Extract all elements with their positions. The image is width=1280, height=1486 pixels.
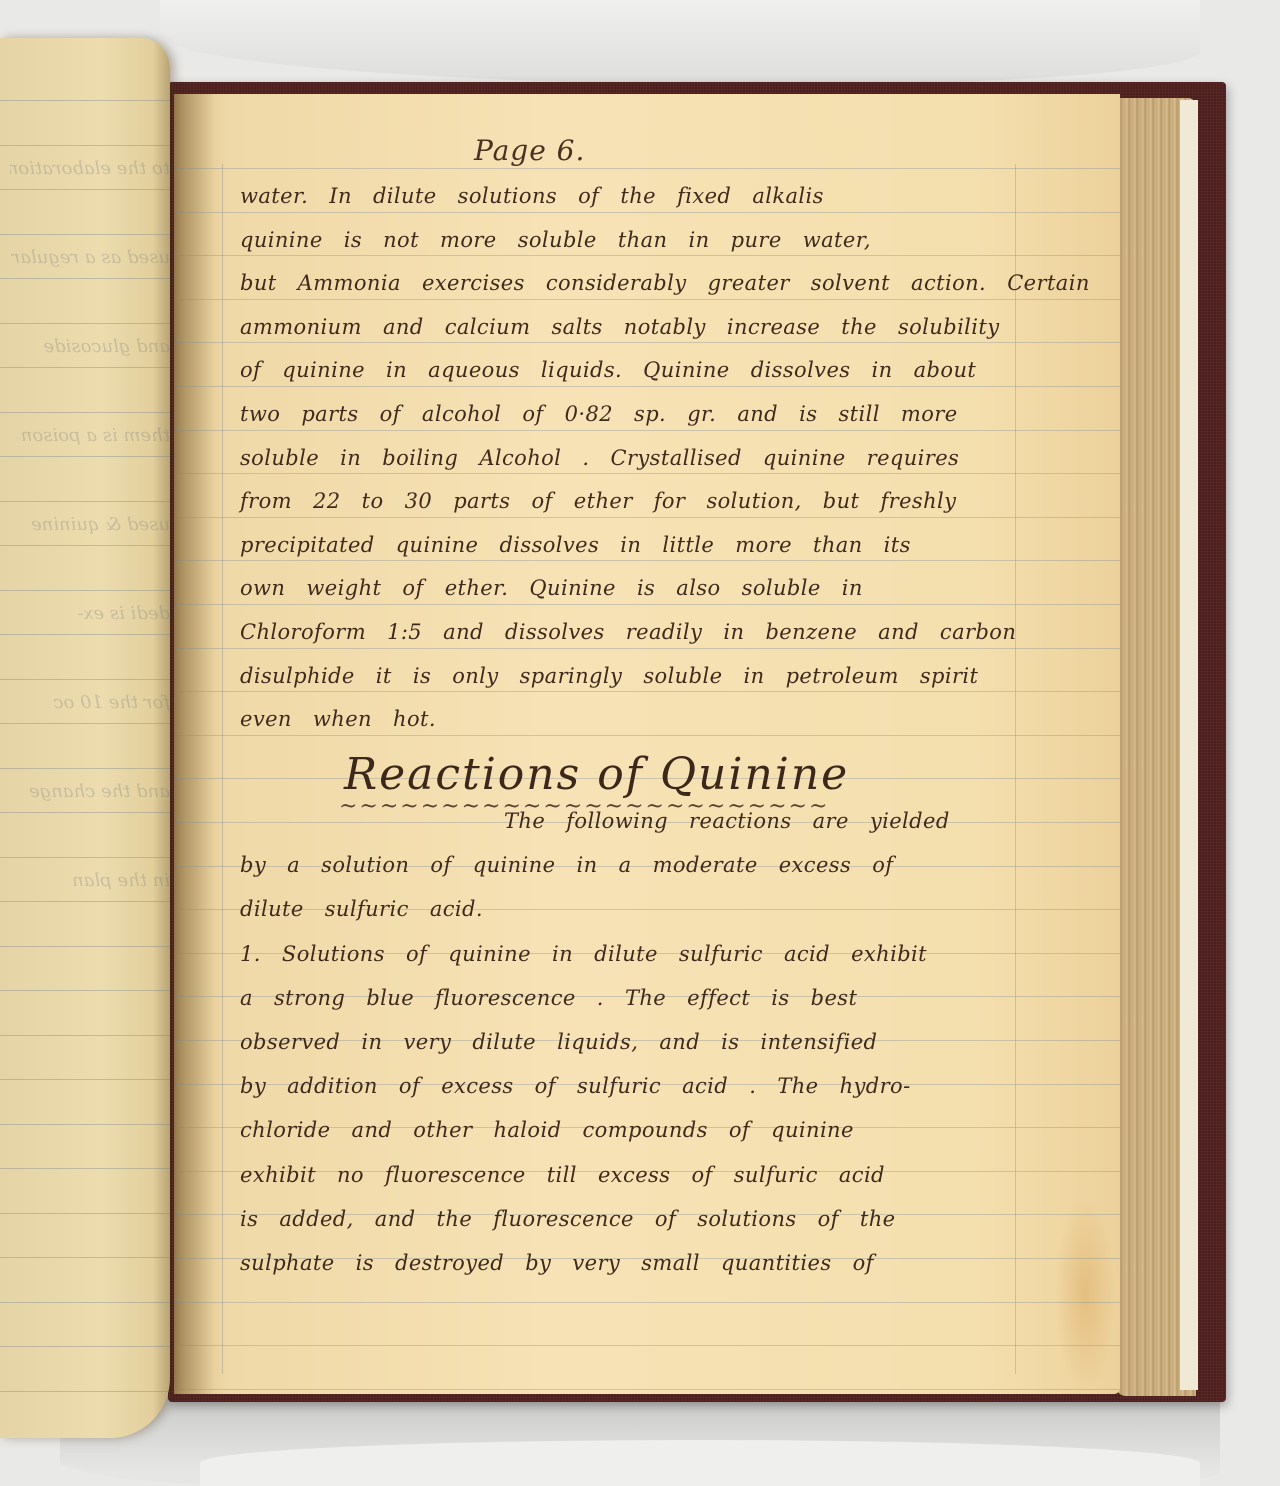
left-ruled-line (0, 723, 170, 724)
ruled-line (174, 342, 1120, 343)
bleed-through-line: for the 10 oc (10, 692, 170, 713)
ruled-line (174, 560, 1120, 561)
ruled-line (174, 212, 1120, 213)
ruled-line (174, 430, 1120, 431)
left-ruled-line (0, 768, 170, 769)
left-ruled-line (0, 1168, 170, 1169)
text-line: ammonium and calcium salts notably incre… (240, 315, 1030, 339)
left-ruled-line (0, 857, 170, 858)
bleed-through-line: them is a poison (10, 425, 170, 446)
ruled-line (174, 299, 1120, 300)
left-ruled-line (0, 1035, 170, 1036)
left-ruled-line (0, 901, 170, 902)
bleed-through-line: to the elaboration (10, 158, 170, 179)
left-ruled-line (0, 812, 170, 813)
section-heading: Reactions of Quinine (344, 749, 849, 800)
left-ruled-line (0, 501, 170, 502)
ruled-line (174, 1302, 1120, 1303)
left-ruled-line (0, 634, 170, 635)
text-line: observed in very dilute liquids, and is … (240, 1030, 1030, 1054)
left-ruled-line (0, 1302, 170, 1303)
bleed-through-line: in the plan (10, 870, 170, 891)
ruled-line (174, 1345, 1120, 1346)
ruled-line (174, 1389, 1120, 1390)
left-ruled-line (0, 1391, 170, 1392)
left-ruled-line (0, 1346, 170, 1347)
text-line: disulphide it is only sparingly soluble … (240, 664, 1030, 688)
paper-stain (1055, 1194, 1115, 1394)
text-line: water. In dilute solutions of the fixed … (240, 184, 1030, 208)
left-margin-line (222, 164, 223, 1374)
ruled-line (174, 648, 1120, 649)
left-ruled-line (0, 278, 170, 279)
ruled-line (174, 604, 1120, 605)
text-line: of quinine in aqueous liquids. Quinine d… (240, 358, 1030, 382)
text-line: soluble in boiling Alcohol . Crystallise… (240, 446, 1030, 470)
ruled-line (174, 168, 1120, 169)
text-line: 1. Solutions of quinine in dilute sulfur… (240, 942, 1030, 966)
gutter-shadow (174, 94, 214, 1394)
left-ruled-line (0, 100, 170, 101)
left-ruled-line (0, 1257, 170, 1258)
text-line: The following reactions are yielded (504, 809, 1120, 833)
ruled-line (174, 255, 1120, 256)
text-line: from 22 to 30 parts of ether for solutio… (240, 489, 1030, 513)
bleed-through-line: and the change (10, 781, 170, 802)
background-light-bottom (200, 1440, 1200, 1486)
left-ruled-line (0, 590, 170, 591)
right-page: Page 6. water. In dilute solutions of th… (174, 94, 1120, 1394)
left-page-curled: to the elaborationused as a regularand g… (0, 38, 170, 1438)
bleed-through-line: used & quinine (10, 514, 170, 535)
left-ruled-line (0, 189, 170, 190)
ruled-line (174, 386, 1120, 387)
text-line: but Ammonia exercises considerably great… (240, 271, 1030, 295)
bleed-through-line: and glucoside (10, 336, 170, 357)
left-ruled-line (0, 234, 170, 235)
ruled-line (174, 517, 1120, 518)
left-ruled-line (0, 1079, 170, 1080)
text-line: by a solution of quinine in a moderate e… (240, 853, 1030, 877)
right-margin-line (1015, 164, 1016, 1374)
ruled-line (174, 735, 1120, 736)
left-ruled-line (0, 946, 170, 947)
left-ruled-line (0, 145, 170, 146)
bleed-through-line: dedi is ex- (10, 603, 170, 624)
ruled-line (174, 691, 1120, 692)
text-line: chloride and other haloid compounds of q… (240, 1118, 1030, 1142)
background-shadow-top (160, 0, 1200, 85)
left-ruled-line (0, 1124, 170, 1125)
left-ruled-line (0, 323, 170, 324)
left-ruled-line (0, 679, 170, 680)
bleed-through-line: used as a regular (10, 247, 170, 268)
text-line: exhibit no fluorescence till excess of s… (240, 1163, 1030, 1187)
text-line: even when hot. (240, 707, 1030, 731)
left-ruled-line (0, 1213, 170, 1214)
left-ruled-line (0, 545, 170, 546)
text-line: Chloroform 1:5 and dissolves readily in … (240, 620, 1030, 644)
text-line: precipitated quinine dissolves in little… (240, 533, 1030, 557)
text-line: dilute sulfuric acid. (240, 897, 1030, 921)
left-ruled-line (0, 990, 170, 991)
text-line: quinine is not more soluble than in pure… (240, 228, 1030, 252)
text-line: own weight of ether. Quinine is also sol… (240, 576, 1030, 600)
text-line: a strong blue fluorescence . The effect … (240, 986, 1030, 1010)
left-ruled-line (0, 367, 170, 368)
text-line: by addition of excess of sulfuric acid .… (240, 1074, 1030, 1098)
endpaper (1180, 100, 1198, 1390)
left-ruled-line (0, 456, 170, 457)
left-ruled-line (0, 412, 170, 413)
page-number-header: Page 6. (474, 134, 585, 167)
text-line: is added, and the fluorescence of soluti… (240, 1207, 1030, 1231)
ruled-line (174, 473, 1120, 474)
text-line: sulphate is destroyed by very small quan… (240, 1251, 1030, 1275)
text-line: two parts of alcohol of 0·82 sp. gr. and… (240, 402, 1030, 426)
